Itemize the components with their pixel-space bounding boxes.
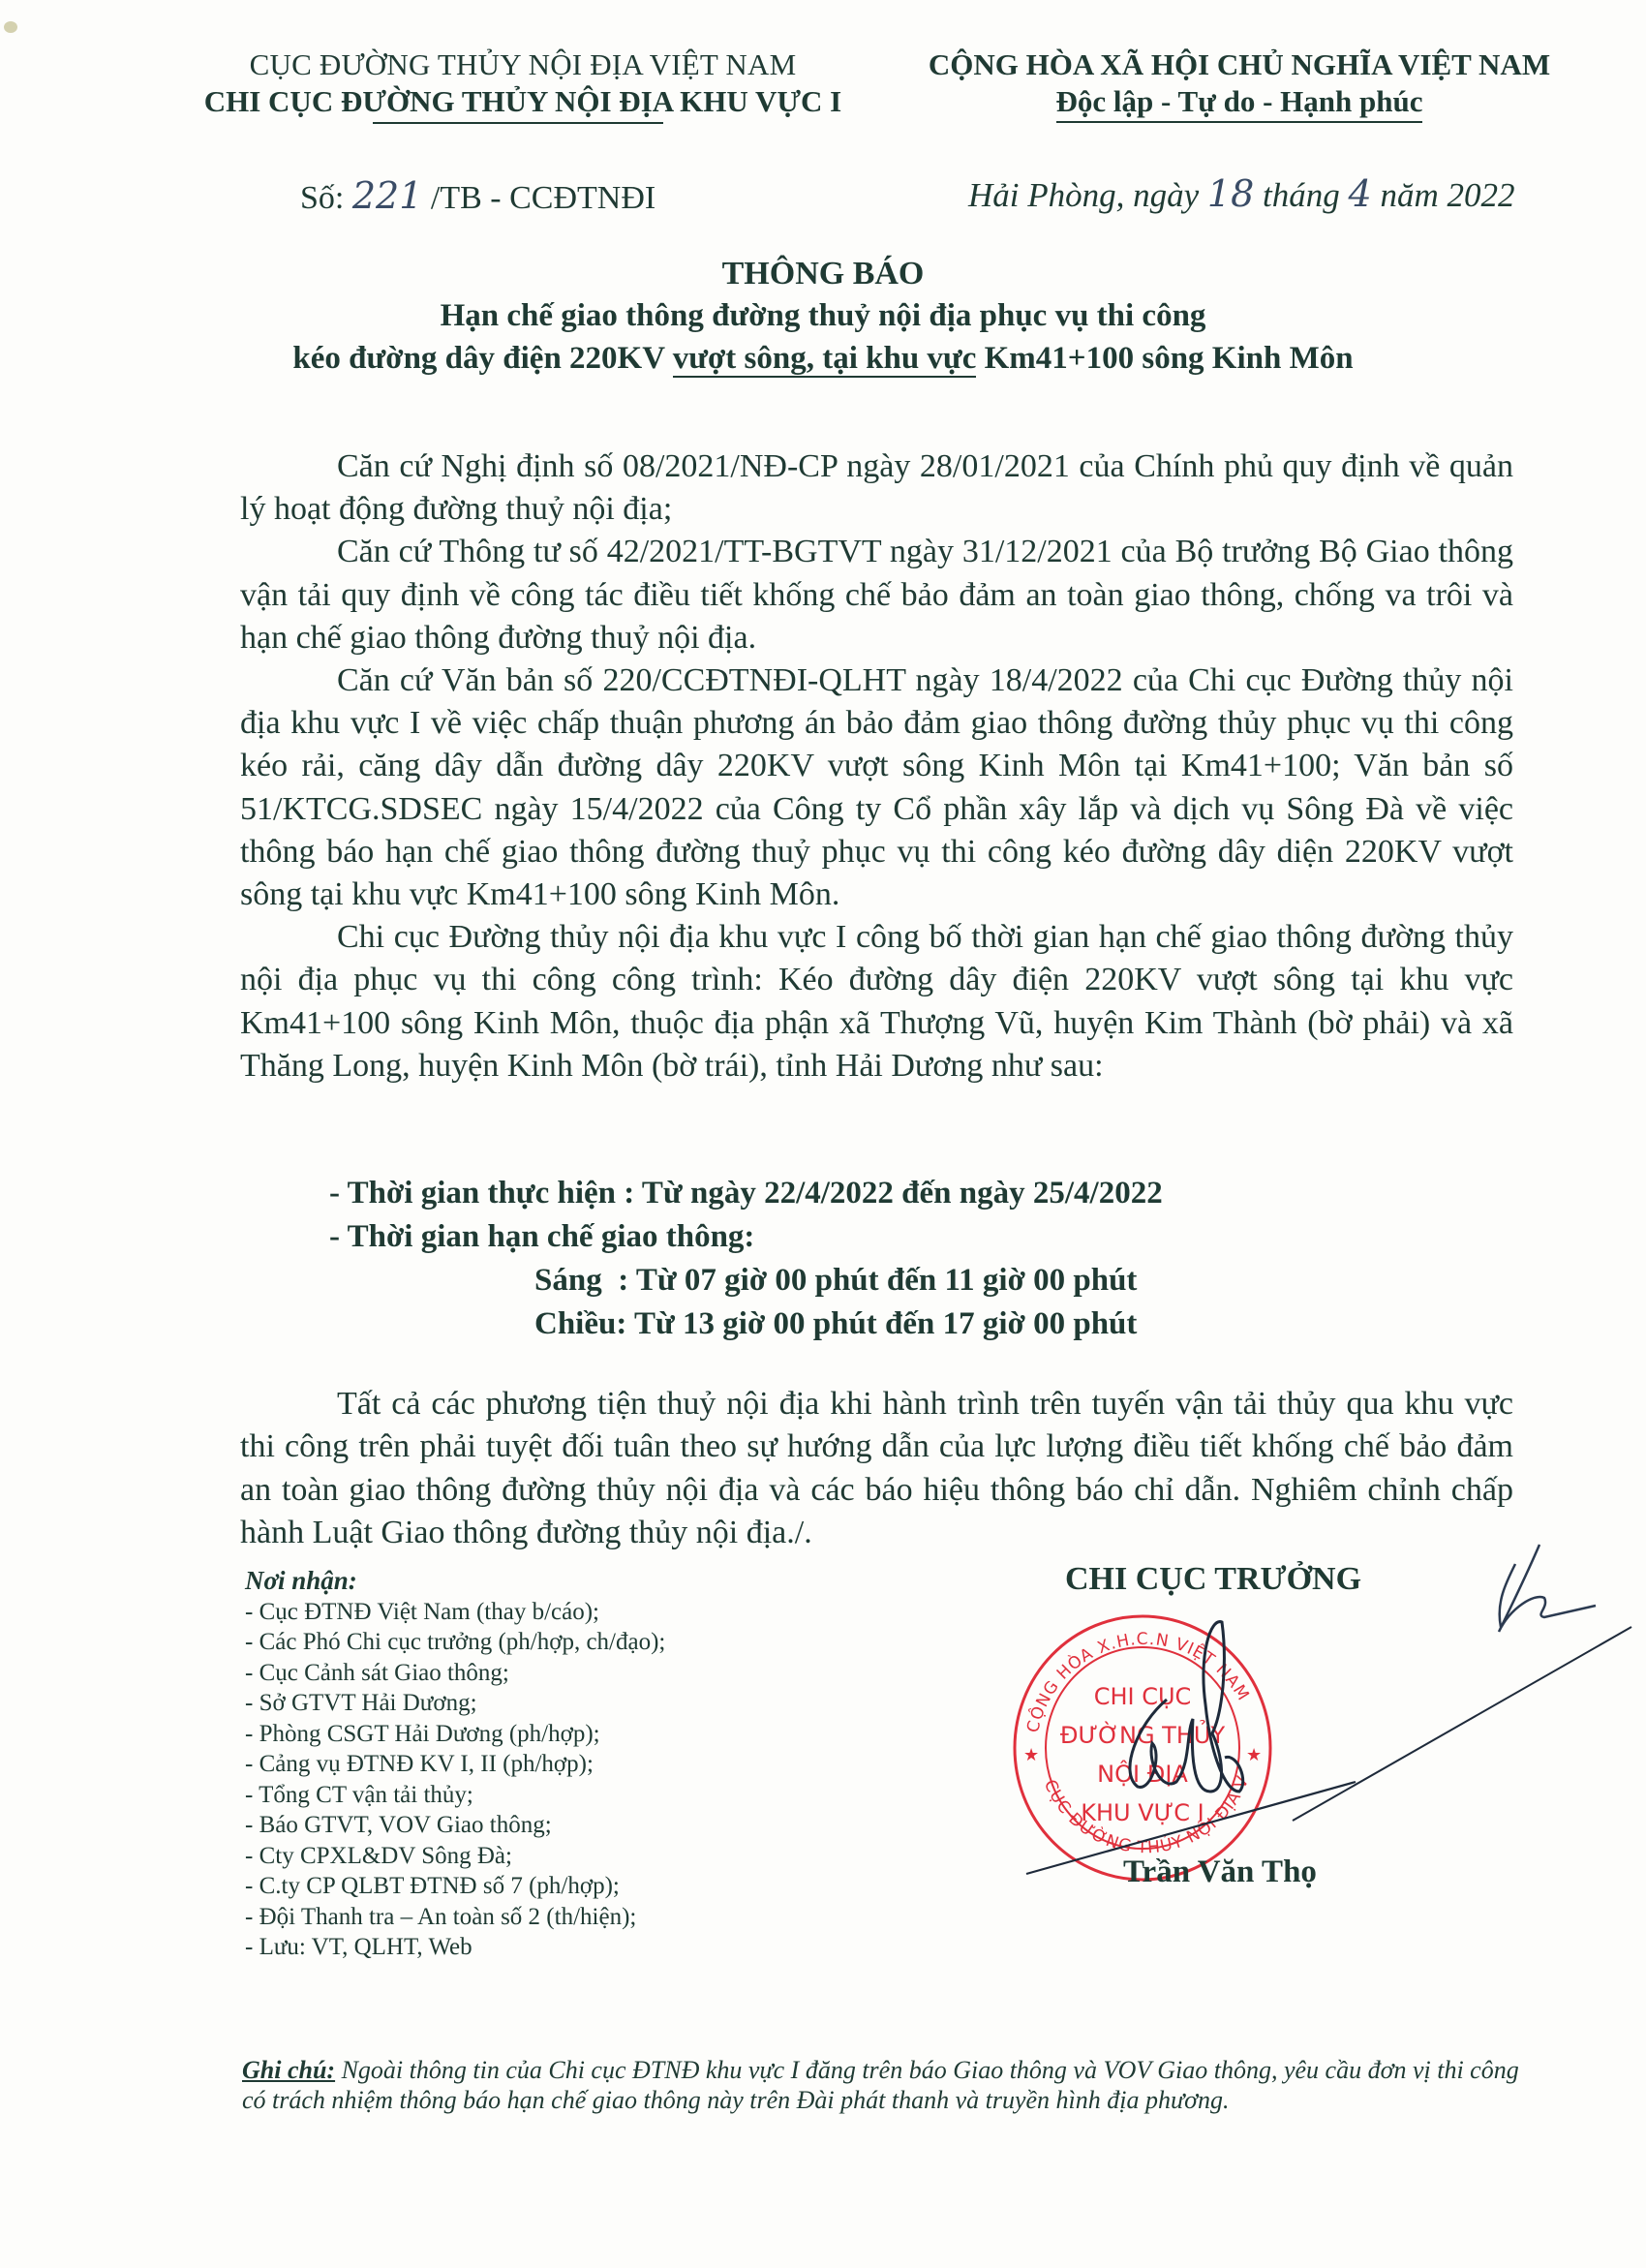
- recipient-item: - Báo GTVT, VOV Giao thông;: [245, 1810, 665, 1841]
- execution-period: - Thời gian thực hiện : Từ ngày 22/4/202…: [329, 1172, 1163, 1215]
- recipient-item: - Cục ĐTNĐ Việt Nam (thay b/cáo);: [245, 1597, 665, 1628]
- notice-body: Căn cứ Nghị định số 08/2021/NĐ-CP ngày 2…: [240, 445, 1513, 1088]
- title-line-2-underlined: vượt sông, tại khu vực: [673, 341, 977, 378]
- recipient-item: - Cty CPXL&DV Sông Đà;: [245, 1841, 665, 1872]
- agency-underline: [373, 122, 663, 124]
- handwritten-signature-icon: [968, 1501, 1646, 1908]
- national-motto: Độc lập - Tự do - Hạnh phúc: [1056, 83, 1423, 123]
- recipient-item: - Cục Cảnh sát Giao thông;: [245, 1658, 665, 1689]
- title-main: THÔNG BÁO: [145, 254, 1501, 294]
- nation-name: CỘNG HÒA XÃ HỘI CHỦ NGHĨA VIỆT NAM: [886, 46, 1593, 83]
- recipient-item: - Cảng vụ ĐTNĐ KV I, II (ph/hợp);: [245, 1749, 665, 1780]
- issuing-authority: CỤC ĐƯỜNG THỦY NỘI ĐỊA VIỆT NAM CHI CỤC …: [155, 46, 891, 124]
- afternoon-window: Chiều: Từ 13 giờ 00 phút đến 17 giờ 00 p…: [329, 1303, 1163, 1346]
- scan-speck: [4, 21, 17, 33]
- title-line-2-part-a: kéo đường dây điện 220KV: [292, 341, 672, 376]
- agency-name: CHI CỤC ĐƯỜNG THỦY NỘI ĐỊA KHU VỰC I: [155, 83, 891, 120]
- recipient-item: - Phòng CSGT Hải Dương (ph/hợp);: [245, 1719, 665, 1750]
- recipient-item: - Đội Thanh tra – An toàn số 2 (th/hiện)…: [245, 1902, 665, 1933]
- basis-paragraph-1: Căn cứ Nghị định số 08/2021/NĐ-CP ngày 2…: [240, 445, 1513, 531]
- place-date-prefix: Hải Phòng, ngày: [968, 176, 1199, 214]
- recipient-item: - Các Phó Chi cục trưởng (ph/hợp, ch/đạo…: [245, 1627, 665, 1658]
- doc-number-suffix: /TB - CCĐTNĐI: [431, 180, 655, 216]
- month-label: tháng: [1263, 176, 1340, 214]
- basis-paragraph-3: Căn cứ Văn bản số 220/CCĐTNĐI-QLHT ngày …: [240, 659, 1513, 916]
- year-label: năm 2022: [1380, 176, 1514, 214]
- doc-number-handwritten: 221: [352, 174, 423, 217]
- recipient-item: - Lưu: VT, QLHT, Web: [245, 1932, 665, 1963]
- signatory-name: Trần Văn Thọ: [1123, 1854, 1317, 1890]
- recipients-list: Nơi nhận: - Cục ĐTNĐ Việt Nam (thay b/cá…: [245, 1566, 665, 1963]
- footnote-label: Ghi chú:: [242, 2056, 335, 2084]
- recipient-item: - Tổng CT vận tải thủy;: [245, 1780, 665, 1811]
- title-line-1: Hạn chế giao thông đường thuỷ nội địa ph…: [145, 294, 1501, 337]
- footnote-text: Ngoài thông tin của Chi cục ĐTNĐ khu vực…: [242, 2056, 1519, 2114]
- place-and-date: Hải Phòng, ngày 18 tháng 4 năm 2022: [968, 172, 1514, 215]
- restriction-label: - Thời gian hạn chế giao thông:: [329, 1215, 1163, 1259]
- document-number: Số: 221 /TB - CCĐTNĐI: [300, 174, 655, 217]
- title-line-2-part-b: Km41+100 sông Kinh Môn: [976, 341, 1353, 376]
- morning-window: Sáng : Từ 07 giờ 00 phút đến 11 giờ 00 p…: [329, 1259, 1163, 1303]
- title-line-2: kéo đường dây điện 220KV vượt sông, tại …: [145, 337, 1501, 380]
- doc-number-label: Số:: [300, 180, 344, 216]
- day-handwritten: 18: [1207, 172, 1254, 215]
- parent-agency: CỤC ĐƯỜNG THỦY NỘI ĐỊA VIỆT NAM: [155, 46, 891, 83]
- recipients-heading: Nơi nhận:: [245, 1566, 665, 1597]
- recipient-item: - Sở GTVT Hải Dương;: [245, 1688, 665, 1719]
- month-handwritten: 4: [1349, 172, 1372, 215]
- notice-title: THÔNG BÁO Hạn chế giao thông đường thuỷ …: [145, 254, 1501, 380]
- national-header: CỘNG HÒA XÃ HỘI CHỦ NGHĨA VIỆT NAM Độc l…: [886, 46, 1593, 123]
- basis-paragraph-2: Căn cứ Thông tư số 42/2021/TT-BGTVT ngày…: [240, 531, 1513, 659]
- restriction-schedule: - Thời gian thực hiện : Từ ngày 22/4/202…: [329, 1172, 1163, 1346]
- footnote: Ghi chú: Ngoài thông tin của Chi cục ĐTN…: [242, 2055, 1520, 2115]
- announcement-paragraph: Chi cục Đường thủy nội địa khu vực I côn…: [240, 916, 1513, 1088]
- recipient-item: - C.ty CP QLBT ĐTNĐ số 7 (ph/hợp);: [245, 1871, 665, 1902]
